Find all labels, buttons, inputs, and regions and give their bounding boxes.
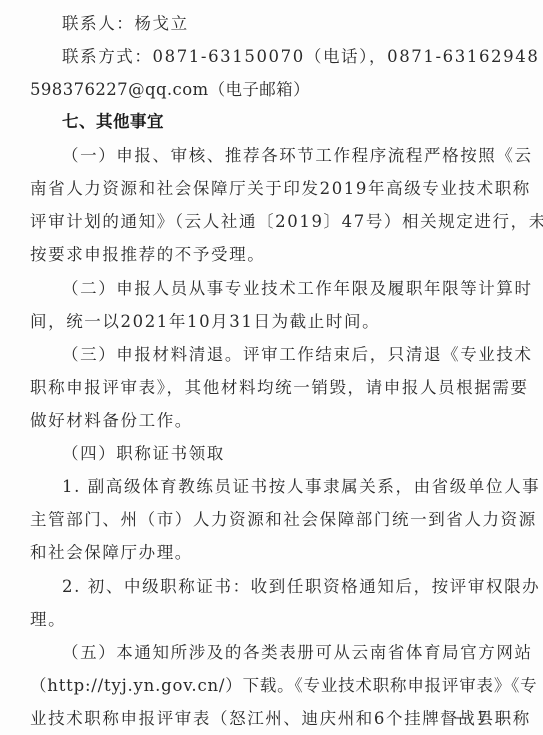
document-page: 联系人：杨戈立 联系方式：0871-63150070（电话），0871-6316… <box>0 0 543 735</box>
contact-methods: 联系方式：0871-63150070（电话），0871-63162948（传真）… <box>62 47 543 67</box>
paragraph-1-line-2: 南省人力资源和社会保障厅关于印发2019年高级专业技术职称 <box>30 179 520 199</box>
paragraph-4-item-1-line-2: 主管部门、州（市）人力资源和社会保障部门统一到省人力资源 <box>30 510 520 530</box>
paragraph-3-line-1: （三）申报材料清退。评审工作结束后，只清退《专业技术 <box>62 345 543 365</box>
paragraph-4-item-1-line-1: 1. 副高级体育教练员证书按人事隶属关系，由省级单位人事 <box>62 477 543 497</box>
paragraph-4-item-2-line-1: 2. 初、中级职称证书：收到任职资格通知后，按评审权限办 <box>62 577 543 597</box>
paragraph-2-line-2: 间，统一以2021年10月31日为截止时间。 <box>30 312 520 332</box>
paragraph-5-line-2: （http://tyj.yn.gov.cn/）下载。《专业技术职称申报评审表》《… <box>30 676 520 696</box>
paragraph-1-line-1: （一）申报、审核、推荐各环节工作程序流程严格按照《云 <box>62 146 543 166</box>
contact-email: 598376227@qq.com（电子邮箱） <box>30 80 520 100</box>
paragraph-5-line-1: （五）本通知所涉及的各类表册可从云南省体育局官方网站 <box>62 643 543 663</box>
paragraph-1-line-3: 评审计划的通知》（云人社通〔2019〕47号）相关规定进行，未 <box>30 212 520 232</box>
contact-person: 联系人：杨戈立 <box>62 14 543 34</box>
section-heading-7: 七、其他事宜 <box>62 112 543 132</box>
paragraph-1-line-4: 按要求申报推荐的不予受理。 <box>30 245 520 265</box>
paragraph-3-line-2: 职称申报评审表》，其他材料均统一销毁，请申报人员根据需要 <box>30 378 520 398</box>
paragraph-4-item-1-line-3: 和社会保障厅办理。 <box>30 543 520 563</box>
page-number: — 7 — <box>454 708 513 726</box>
paragraph-5-line-3: 业技术职称申报评审表（怒江州、迪庆州和6个挂牌督战县职称 <box>30 709 520 729</box>
paragraph-2-line-1: （二）申报人员从事专业技术工作年限及履职年限等计算时 <box>62 279 543 299</box>
paragraph-3-line-3: 做好材料备份工作。 <box>30 411 520 431</box>
paragraph-4-item-2-line-2: 理。 <box>30 610 520 630</box>
paragraph-4-heading: （四）职称证书领取 <box>62 444 543 464</box>
